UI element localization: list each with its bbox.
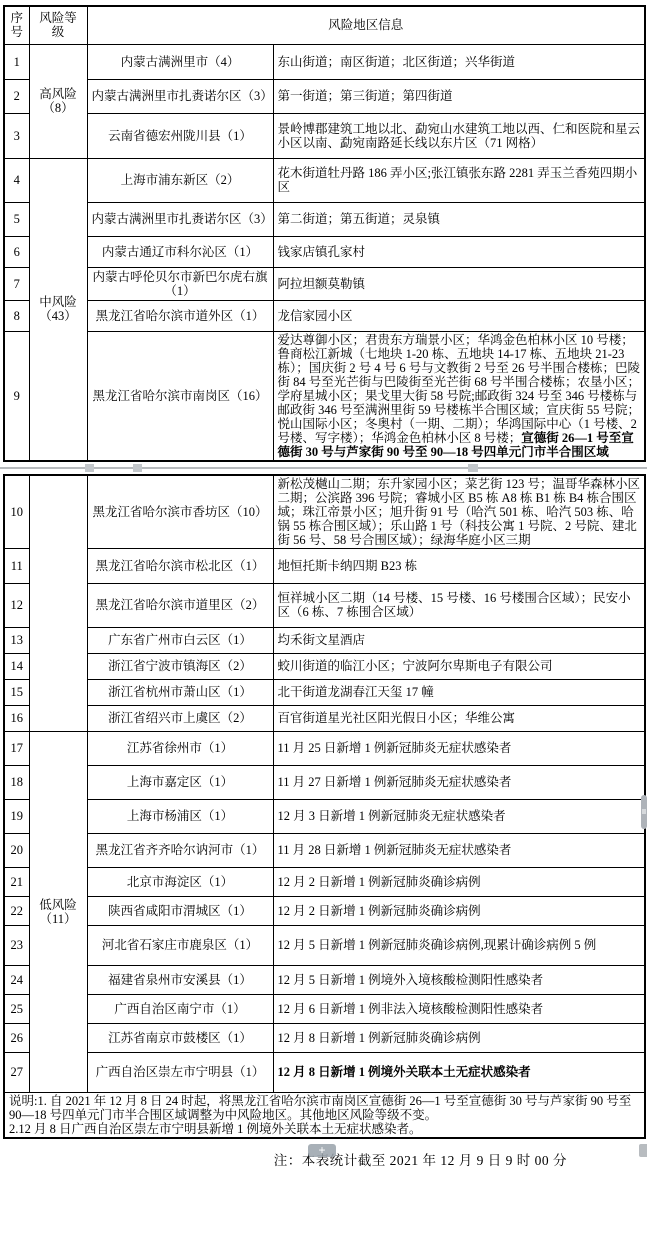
row-number-cell: 8 [4, 300, 29, 331]
table-resize-tick [85, 464, 94, 472]
region-name-cell: 浙江省宁波市镇海区（2） [87, 653, 273, 679]
risk-table-wrapper: 序号 风险等级 风险地区信息 1高风险（8）内蒙古满洲里市（4）东山街道；南区街… [0, 0, 647, 1139]
region-name-cell: 上海市嘉定区（1） [87, 765, 273, 799]
row-number-cell: 18 [4, 765, 29, 799]
risk-info-cell: 阿拉坦额莫勒镇 [273, 267, 645, 300]
table-row: 12黑龙江省哈尔滨市道里区（2）恒祥城小区二期（14 号楼、15 号楼、16 号… [4, 583, 645, 627]
region-name-cell: 江苏省徐州市（1） [87, 731, 273, 765]
region-name-cell: 内蒙古通辽市科尔沁区（1） [87, 236, 273, 267]
row-number-cell: 15 [4, 679, 29, 705]
table-row: 23河北省石家庄市鹿泉区（1）12 月 5 日新增 1 例新冠肺炎确诊病例,现累… [4, 925, 645, 965]
region-name-cell: 内蒙古满洲里市扎赉诺尔区（3） [87, 79, 273, 113]
risk-info-cell: 12 月 2 日新增 1 例新冠肺炎确诊病例 [273, 867, 645, 896]
region-name-cell: 黑龙江省哈尔滨市香坊区（10） [87, 475, 273, 549]
risk-info-bold-text: 12 月 8 日新增 1 例境外关联本土无症状感染者 [278, 1065, 531, 1079]
region-name-cell: 内蒙古呼伦贝尔市新巴尔虎右旗（1） [87, 267, 273, 300]
table-row: 8黑龙江省哈尔滨市道外区（1）龙信家园小区 [4, 300, 645, 331]
row-number-cell: 2 [4, 79, 29, 113]
region-name-cell: 黑龙江省哈尔滨市松北区（1） [87, 548, 273, 583]
risk-info-cell: 百官街道星光社区阳光假日小区；华维公寓 [273, 705, 645, 731]
note-paragraph-2: 2.12 月 8 日广西自治区崇左市宁明县新增 1 例境外关联本土无症状感染者。 [9, 1122, 640, 1136]
row-number-cell: 4 [4, 158, 29, 202]
risk-info-cell: 12 月 5 日新增 1 例境外入境核酸检测阳性感染者 [273, 965, 645, 994]
table-row: 2内蒙古满洲里市扎赉诺尔区（3）第一街道；第三街道；第四街道 [4, 79, 645, 113]
risk-info-bold-text: 宣德街 26—1 号至宣德街 30 号与芦家街 90 号至 90—18 号四单元… [278, 431, 634, 459]
table-row: 11黑龙江省哈尔滨市松北区（1）地恒托斯卡纳四期 B23 栋 [4, 548, 645, 583]
row-number-cell: 24 [4, 965, 29, 994]
row-number-cell: 3 [4, 113, 29, 158]
row-number-cell: 17 [4, 731, 29, 765]
table-row: 6内蒙古通辽市科尔沁区（1）钱家店镇孔家村 [4, 236, 645, 267]
table-resize-tick [133, 464, 142, 472]
risk-info-cell: 均禾街文星酒店 [273, 627, 645, 653]
table-row: 15浙江省杭州市萧山区（1）北干街道龙湖春江天玺 17 幢 [4, 679, 645, 705]
table-row: 4中风险（43）上海市浦东新区（2）花木街道牡丹路 186 弄小区;张江镇张东路… [4, 158, 645, 202]
row-number-cell: 14 [4, 653, 29, 679]
document-page: 序号 风险等级 风险地区信息 1高风险（8）内蒙古满洲里市（4）东山街道；南区街… [0, 0, 647, 1236]
notes-cell: 说明:1. 自 2021 年 12 月 8 日 24 时起，将黑龙江省哈尔滨市南… [4, 1092, 645, 1138]
risk-level-cell [29, 475, 87, 732]
table-row: 26江苏省南京市鼓楼区（1）12 月 8 日新增 1 例新冠肺炎确诊病例 [4, 1023, 645, 1052]
region-name-cell: 上海市杨浦区（1） [87, 799, 273, 833]
row-number-cell: 23 [4, 925, 29, 965]
table-row: 24福建省泉州市安溪县（1）12 月 5 日新增 1 例境外入境核酸检测阳性感染… [4, 965, 645, 994]
col-header-no: 序号 [4, 6, 29, 44]
risk-table-section-2: 10黑龙江省哈尔滨市香坊区（10）新松茂樾山二期；东升家园小区；菜艺街 123 … [3, 474, 646, 1139]
row-number-cell: 5 [4, 202, 29, 236]
risk-info-cell: 钱家店镇孔家村 [273, 236, 645, 267]
region-name-cell: 云南省德宏州陇川县（1） [87, 113, 273, 158]
table-row: 27广西自治区崇左市宁明县（1）12 月 8 日新增 1 例境外关联本土无症状感… [4, 1052, 645, 1092]
table-row: 14浙江省宁波市镇海区（2）蛟川街道的临江小区；宁波阿尔卑斯电子有限公司 [4, 653, 645, 679]
risk-info-cell: 龙信家园小区 [273, 300, 645, 331]
region-name-cell: 福建省泉州市安溪县（1） [87, 965, 273, 994]
region-name-cell: 北京市海淀区（1） [87, 867, 273, 896]
risk-info-cell: 11 月 25 日新增 1 例新冠肺炎无症状感染者 [273, 731, 645, 765]
region-name-cell: 浙江省绍兴市上虞区（2） [87, 705, 273, 731]
zoom-plus-button[interactable]: + [308, 1144, 336, 1157]
region-name-cell: 黑龙江省哈尔滨市道外区（1） [87, 300, 273, 331]
region-name-cell: 内蒙古满洲里市（4） [87, 44, 273, 79]
cursor-artifact [639, 1144, 647, 1157]
row-number-cell: 9 [4, 331, 29, 461]
risk-info-cell: 爱达尊御小区；君贵东方瑞景小区；华鸿金色柏林小区 10 号楼；鲁商松江新城（七地… [273, 331, 645, 461]
risk-info-cell: 恒祥城小区二期（14 号楼、15 号楼、16 号楼围合区域）；民安小区（6 栋、… [273, 583, 645, 627]
table-row: 17低风险（11）江苏省徐州市（1）11 月 25 日新增 1 例新冠肺炎无症状… [4, 731, 645, 765]
region-name-cell: 上海市浦东新区（2） [87, 158, 273, 202]
row-number-cell: 11 [4, 548, 29, 583]
table-row: 25广西自治区南宁市（1）12 月 6 日新增 1 例非法入境核酸检测阳性感染者 [4, 994, 645, 1023]
row-number-cell: 19 [4, 799, 29, 833]
risk-info-cell: 12 月 5 日新增 1 例新冠肺炎确诊病例,现累计确诊病例 5 例 [273, 925, 645, 965]
risk-table-section-1: 序号 风险等级 风险地区信息 1高风险（8）内蒙古满洲里市（4）东山街道；南区街… [3, 5, 646, 462]
risk-info-cell: 景岭博郡建筑工地以北、勐宛山水建筑工地以西、仁和医院和星云小区以南、勐宛南路延长… [273, 113, 645, 158]
table-row: 9黑龙江省哈尔滨市南岗区（16）爱达尊御小区；君贵东方瑞景小区；华鸿金色柏林小区… [4, 331, 645, 461]
header-row: 序号 风险等级 风险地区信息 [4, 6, 645, 44]
table-row: 16浙江省绍兴市上虞区（2）百官街道星光社区阳光假日小区；华维公寓 [4, 705, 645, 731]
table-row: 21北京市海淀区（1）12 月 2 日新增 1 例新冠肺炎确诊病例 [4, 867, 645, 896]
note-paragraph-1: 说明:1. 自 2021 年 12 月 8 日 24 时起，将黑龙江省哈尔滨市南… [9, 1094, 640, 1122]
region-name-cell: 黑龙江省哈尔滨市南岗区（16） [87, 331, 273, 461]
page-break-line [0, 467, 647, 469]
row-number-cell: 16 [4, 705, 29, 731]
table-row: 5内蒙古满洲里市扎赉诺尔区（3）第二街道；第五街道；灵泉镇 [4, 202, 645, 236]
region-name-cell: 黑龙江省哈尔滨市道里区（2） [87, 583, 273, 627]
table-row: 10黑龙江省哈尔滨市香坊区（10）新松茂樾山二期；东升家园小区；菜艺街 123 … [4, 475, 645, 549]
region-name-cell: 陕西省咸阳市渭城区（1） [87, 896, 273, 925]
table-row: 3云南省德宏州陇川县（1）景岭博郡建筑工地以北、勐宛山水建筑工地以西、仁和医院和… [4, 113, 645, 158]
row-number-cell: 12 [4, 583, 29, 627]
risk-info-cell: 12 月 2 日新增 1 例新冠肺炎确诊病例 [273, 896, 645, 925]
risk-level-cell: 低风险（11） [29, 731, 87, 1092]
risk-info-cell: 第二街道；第五街道；灵泉镇 [273, 202, 645, 236]
region-name-cell: 浙江省杭州市萧山区（1） [87, 679, 273, 705]
risk-info-cell: 东山街道；南区街道；北区街道；兴华街道 [273, 44, 645, 79]
row-number-cell: 10 [4, 475, 29, 549]
table-row: 13广东省广州市白云区（1）均禾街文星酒店 [4, 627, 645, 653]
row-number-cell: 25 [4, 994, 29, 1023]
scrollbar-thumb[interactable] [641, 795, 647, 829]
table-row: 22陕西省咸阳市渭城区（1）12 月 2 日新增 1 例新冠肺炎确诊病例 [4, 896, 645, 925]
risk-info-cell: 蛟川街道的临江小区；宁波阿尔卑斯电子有限公司 [273, 653, 645, 679]
risk-info-cell: 12 月 8 日新增 1 例新冠肺炎确诊病例 [273, 1023, 645, 1052]
table-row: 20黑龙江省齐齐哈尔讷河市（1）11 月 28 日新增 1 例新冠肺炎无症状感染… [4, 833, 645, 867]
region-name-cell: 广东省广州市白云区（1） [87, 627, 273, 653]
col-header-risk-level: 风险等级 [29, 6, 87, 44]
row-number-cell: 6 [4, 236, 29, 267]
row-number-cell: 26 [4, 1023, 29, 1052]
region-name-cell: 河北省石家庄市鹿泉区（1） [87, 925, 273, 965]
notes-row: 说明:1. 自 2021 年 12 月 8 日 24 时起，将黑龙江省哈尔滨市南… [4, 1092, 645, 1138]
table-row: 1高风险（8）内蒙古满洲里市（4）东山街道；南区街道；北区街道；兴华街道 [4, 44, 645, 79]
region-name-cell: 广西自治区崇左市宁明县（1） [87, 1052, 273, 1092]
region-name-cell: 江苏省南京市鼓楼区（1） [87, 1023, 273, 1052]
risk-level-cell: 中风险（43） [29, 158, 87, 461]
row-number-cell: 13 [4, 627, 29, 653]
row-number-cell: 20 [4, 833, 29, 867]
risk-info-cell: 花木街道牡丹路 186 弄小区;张江镇张东路 2281 弄玉兰香苑四期小区 [273, 158, 645, 202]
risk-info-cell: 第一街道；第三街道；第四街道 [273, 79, 645, 113]
risk-info-cell: 北干街道龙湖春江天玺 17 幢 [273, 679, 645, 705]
table-row: 19上海市杨浦区（1）12 月 3 日新增 1 例新冠肺炎无症状感染者 [4, 799, 645, 833]
region-name-cell: 黑龙江省齐齐哈尔讷河市（1） [87, 833, 273, 867]
risk-level-cell: 高风险（8） [29, 44, 87, 158]
row-number-cell: 22 [4, 896, 29, 925]
table-resize-tick [468, 464, 478, 472]
page-break-divider [0, 462, 647, 474]
risk-info-cell: 地恒托斯卡纳四期 B23 栋 [273, 548, 645, 583]
risk-info-cell: 新松茂樾山二期；东升家园小区；菜艺街 123 号；温哥华森林小区二期；公滨路 3… [273, 475, 645, 549]
risk-info-cell: 12 月 3 日新增 1 例新冠肺炎无症状感染者 [273, 799, 645, 833]
risk-info-cell: 12 月 6 日新增 1 例非法入境核酸检测阳性感染者 [273, 994, 645, 1023]
row-number-cell: 27 [4, 1052, 29, 1092]
region-name-cell: 广西自治区南宁市（1） [87, 994, 273, 1023]
risk-info-cell: 12 月 8 日新增 1 例境外关联本土无症状感染者 [273, 1052, 645, 1092]
risk-info-cell: 11 月 28 日新增 1 例新冠肺炎无症状感染者 [273, 833, 645, 867]
region-name-cell: 内蒙古满洲里市扎赉诺尔区（3） [87, 202, 273, 236]
row-number-cell: 1 [4, 44, 29, 79]
table-row: 18上海市嘉定区（1）11 月 27 日新增 1 例新冠肺炎无症状感染者 [4, 765, 645, 799]
risk-info-cell: 11 月 27 日新增 1 例新冠肺炎无症状感染者 [273, 765, 645, 799]
table-row: 7内蒙古呼伦贝尔市新巴尔虎右旗（1）阿拉坦额莫勒镇 [4, 267, 645, 300]
row-number-cell: 21 [4, 867, 29, 896]
col-header-risk-info: 风险地区信息 [87, 6, 645, 44]
row-number-cell: 7 [4, 267, 29, 300]
